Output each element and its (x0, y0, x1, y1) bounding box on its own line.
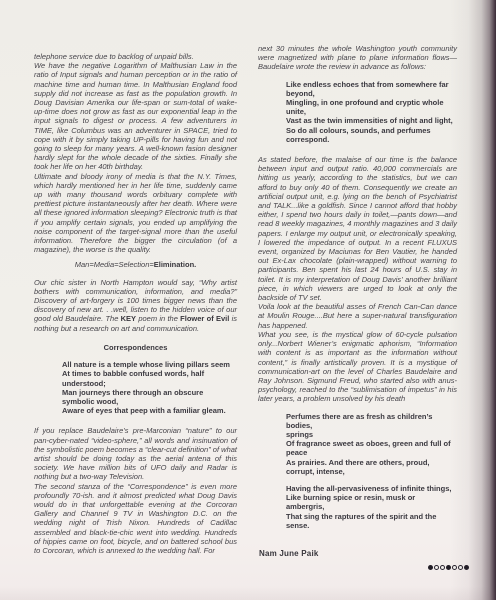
poem-line: Like burning spice or resin, musk or amb… (286, 493, 454, 511)
dot-open-icon (458, 565, 463, 570)
poem-line: understood; (62, 379, 230, 388)
poem-line: That sing the raptures of the spirit and… (286, 512, 454, 521)
poem-block: Having the all-pervasiveness of infinite… (286, 484, 454, 530)
poem-line: Aware of eyes that peep with a familiar … (62, 406, 230, 415)
spacer (34, 415, 237, 426)
page-bottom-shadow (0, 586, 496, 600)
text-segment: If you replace Baudelaire’s pre-Marconia… (34, 426, 237, 481)
poem-line: Mingling, in one profound and cryptic wh… (286, 98, 454, 107)
equation-line: Man=Media=Selection=Elimination. (34, 260, 237, 269)
text-segment: Ultimate and bloody irony of media is th… (34, 172, 237, 255)
poem-line: All nature is a temple whose living pill… (62, 360, 230, 369)
poem-block: Perfumes there are as fresh as children’… (286, 412, 454, 476)
dot-open-icon (440, 565, 445, 570)
paragraph: As stated before, the malaise of our tim… (258, 155, 457, 302)
poem-line: sense. (286, 521, 454, 530)
dot-open-icon (452, 565, 457, 570)
paragraph: What you see, is the mystical glow of 60… (258, 330, 457, 404)
dot-open-icon (434, 565, 439, 570)
text-segment: KEY (121, 314, 136, 323)
poem-line: symbolic wood, (62, 397, 230, 406)
right-text-column: next 30 minutes the whole Washington you… (258, 44, 457, 530)
poem-line: springs (286, 430, 454, 439)
poem-line: So do all colours, sounds, and perfumes (286, 126, 454, 135)
dot-filled-icon (464, 565, 469, 570)
text-segment: poem in the (136, 314, 180, 323)
paragraph: next 30 minutes the whole Washington you… (258, 44, 457, 72)
poem-line: beyond, (286, 89, 454, 98)
poem-line: corrupt, intense, (286, 467, 454, 476)
poem-line: Vast as the twin immensities of night an… (286, 116, 454, 125)
poem-line: At times to babble confused words, half (62, 369, 230, 378)
poem-block: Like endless echoes that from somewhere … (286, 80, 454, 144)
dot-filled-icon (428, 565, 433, 570)
poem-block: All nature is a temple whose living pill… (62, 360, 230, 415)
poem-line: peace (286, 448, 454, 457)
author-signature: Nam June Paik (259, 549, 319, 558)
text-segment: What you see, is the mystical glow of 60… (258, 330, 457, 403)
poem-line: Having the all-pervasiveness of infinite… (286, 484, 454, 493)
poem-line: Man journeys there through an obscure (62, 388, 230, 397)
paragraph: Our chic sister in North Hampton would s… (34, 278, 237, 333)
text-segment: next 30 minutes the whole Washington you… (258, 44, 457, 71)
text-segment: telephone service due to backlog of unpa… (34, 52, 194, 61)
paragraph: If you replace Baudelaire’s pre-Marconia… (34, 426, 237, 481)
paragraph: telephone service due to backlog of unpa… (34, 52, 237, 61)
paragraph: Voila look at the beautiful asses of Fre… (258, 302, 457, 330)
poem-line: correspond. (286, 135, 454, 144)
text-segment: The second stanza of the “Correspondence… (34, 482, 237, 555)
text-segment: Man=Media=Selection= (75, 260, 154, 269)
poem-line: Perfumes there are as fresh as children’… (286, 412, 454, 430)
page-indicator-dots (428, 564, 469, 571)
poem-heading: Correspondences (34, 343, 237, 352)
text-segment: Elimination. (154, 260, 197, 269)
text-segment: Flower of Evil (180, 314, 229, 323)
paragraph: Ultimate and bloody irony of media is th… (34, 172, 237, 255)
paragraph: We have the negative Logarithm of Malthu… (34, 61, 237, 171)
left-text-column: telephone service due to backlog of unpa… (34, 52, 237, 555)
poem-line: Like endless echoes that from somewhere … (286, 80, 454, 89)
text-segment: As stated before, the malaise of our tim… (258, 155, 457, 302)
scanned-magazine-page: telephone service due to backlog of unpa… (0, 0, 496, 600)
dot-filled-icon (446, 565, 451, 570)
poem-line: As prairies. And there are others, proud… (286, 458, 454, 467)
paragraph: The second stanza of the “Correspondence… (34, 482, 237, 556)
poem-line: unite, (286, 107, 454, 116)
text-segment: Voila look at the beautiful asses of Fre… (258, 302, 457, 329)
text-segment: We have the negative Logarithm of Malthu… (34, 61, 237, 171)
spacer (258, 144, 457, 155)
poem-line: Of fragrance sweet as oboes, green and f… (286, 439, 454, 448)
